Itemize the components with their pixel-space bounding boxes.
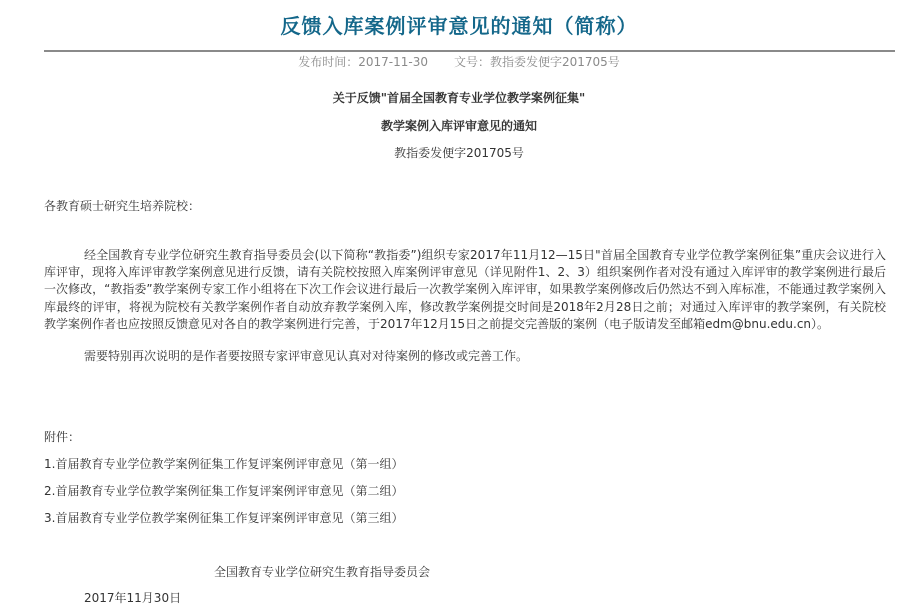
body-paragraph-main: 经全国教育专业学位研究生教育指导委员会(以下简称“教指委”)组织专家2017年1…	[44, 247, 886, 333]
document-number: 文号：教指委发便字201705号	[454, 53, 620, 71]
attachment-item-3[interactable]: 3.首届教育专业学位教学案例征集工作复评案例评审意见（第三组）	[44, 509, 403, 527]
body-paragraph-note: 需要特别再次说明的是作者要按照专家评审意见认真对对待案例的修改或完善工作。	[84, 347, 528, 365]
salutation: 各教育硕士研究生培养院校：	[44, 197, 200, 215]
article-meta: 发布时间：2017-11-30文号：教指委发便字201705号	[0, 53, 918, 71]
attachments-label: 附件：	[44, 428, 80, 446]
title-divider	[44, 50, 895, 52]
notice-heading-line2: 教学案例入库评审意见的通知	[0, 117, 918, 135]
publish-date: 发布时间：2017-11-30	[298, 53, 428, 71]
signature-date: 2017年11月30日	[84, 589, 181, 607]
page-title: 反馈入库案例评审意见的通知（简称）	[0, 12, 918, 40]
attachment-item-1[interactable]: 1.首届教育专业学位教学案例征集工作复评案例评审意见（第一组）	[44, 455, 403, 473]
signature-organization: 全国教育专业学位研究生教育指导委员会	[214, 563, 430, 581]
attachment-item-2[interactable]: 2.首届教育专业学位教学案例征集工作复评案例评审意见（第二组）	[44, 482, 403, 500]
notice-heading-line1: 关于反馈"首届全国教育专业学位教学案例征集"	[0, 89, 918, 107]
notice-document-number: 教指委发便字201705号	[0, 144, 918, 162]
